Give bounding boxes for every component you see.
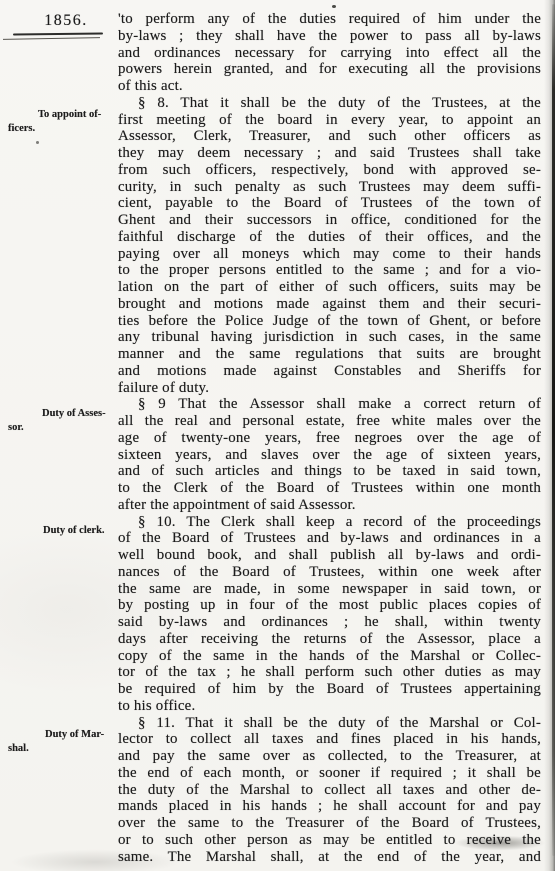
text-line: powers herein granted, and for executing…: [118, 61, 541, 78]
text-line: failure of duty.: [118, 380, 541, 397]
text-line: well bound book, and shall publish all b…: [118, 547, 541, 564]
text-line: over the same to the Treasurer of the Bo…: [118, 815, 541, 832]
paragraph: § 9 That the Assessor shall make a corre…: [118, 396, 541, 513]
text-line: and of such articles and things to be ta…: [118, 463, 541, 480]
text-line: lector to collect all taxes and fines pl…: [118, 731, 541, 748]
year-underline-rule-2: [3, 37, 100, 40]
margin-note-duty-of-marshal: Duty of Mar- shal.: [8, 728, 114, 755]
paragraph: § 8. That it shall be the duty of the Tr…: [118, 95, 541, 397]
text-line: by-laws ; they shall have the power to p…: [118, 28, 541, 45]
text-line: faithful discharge of the duties of thei…: [118, 229, 541, 246]
text-line: the end of each month, or sooner if requ…: [118, 765, 541, 782]
text-line: by posting up in four of the most public…: [118, 597, 541, 614]
text-line: they may deem necessary ; and said Trust…: [118, 145, 541, 162]
text-line: mands placed in his hands ; he shall acc…: [118, 798, 541, 815]
text-line: to the Clerk of the Board of Trustees wi…: [118, 480, 541, 497]
paragraph: § 11. That it shall be the duty of the M…: [118, 715, 541, 866]
text-line: cient, payable to the Board of Trustees …: [118, 195, 541, 212]
margin-note-duty-of-assessor: Duty of Asses- sor.: [8, 407, 114, 434]
text-line: the same are made, in some newspaper in …: [118, 581, 541, 598]
text-line: days after receiving the returns of the …: [118, 631, 541, 648]
text-line: the duty of the Marshal to collect all t…: [118, 782, 541, 799]
margin-note-duty-of-clerk: Duty of clerk.: [8, 524, 114, 538]
text-line: Assessor, Clerk, Treasurer, and such oth…: [118, 128, 541, 145]
text-line: and ordinances necessary for carrying in…: [118, 45, 541, 62]
text-line: any tribunal having jurisdiction in such…: [118, 329, 541, 346]
text-line: all the real and personal estate, free w…: [118, 413, 541, 430]
text-line: said by-laws and ordinances ; he shall, …: [118, 614, 541, 631]
text-line: to the proper persons entitled to the sa…: [118, 262, 541, 279]
paragraph: 'to perform any of the duties required o…: [118, 11, 541, 95]
text-line: and motions made against Constables and …: [118, 363, 541, 380]
text-line: age of twenty-one years, free negroes ov…: [118, 430, 541, 447]
body-text: 'to perform any of the duties required o…: [118, 11, 541, 865]
text-line: same. The Marshal shall, at the end of t…: [118, 849, 541, 866]
text-line: after the appointment of said Assessor.: [118, 497, 541, 514]
text-line: lation on the part of either of such off…: [118, 279, 541, 296]
scanned-statute-page: 1856. To appoint of- ficers. Duty of Ass…: [0, 0, 555, 871]
text-line: ties before the Police Judge of the town…: [118, 313, 541, 330]
text-line: to his office.: [118, 698, 541, 715]
text-line: brought and motions made against them an…: [118, 296, 541, 313]
margin-note-appoint-officers: To appoint of- ficers.: [8, 108, 114, 135]
text-line: from such officers, respectively, bond w…: [118, 162, 541, 179]
text-line: Ghent and their successors in office, co…: [118, 212, 541, 229]
text-line: 'to perform any of the duties required o…: [118, 11, 541, 28]
text-line: tor of the tax ; he shall perform such o…: [118, 664, 541, 681]
text-line: of this act.: [118, 78, 541, 95]
text-line: § 9 That the Assessor shall make a corre…: [118, 396, 541, 413]
text-line: sixteen years, and slaves over the age o…: [118, 447, 541, 464]
text-line: curity, in such penalty as such Trustees…: [118, 179, 541, 196]
paragraph: § 10. The Clerk shall keep a record of t…: [118, 514, 541, 715]
year-header: 1856.: [28, 12, 104, 30]
text-line: § 11. That it shall be the duty of the M…: [118, 715, 541, 732]
text-line: paying over all moneys which may come to…: [118, 246, 541, 263]
year-underline-rule: [13, 33, 103, 36]
text-line: of the Board of Trustees and by-laws and…: [118, 530, 541, 547]
text-line: first meeting of the board in every year…: [118, 112, 541, 129]
text-line: or to such other person as may be entitl…: [118, 832, 541, 849]
text-line: copy of the same in the hands of the Mar…: [118, 648, 541, 665]
text-line: be required of him by the Board of Trust…: [118, 681, 541, 698]
text-line: and pay the same over as collected, to t…: [118, 748, 541, 765]
text-line: § 10. The Clerk shall keep a record of t…: [118, 514, 541, 531]
text-line: nances of the Board of Trustees, within …: [118, 564, 541, 581]
text-line: manner and the same regulations that sui…: [118, 346, 541, 363]
text-line: § 8. That it shall be the duty of the Tr…: [118, 95, 541, 112]
ink-speck: [332, 5, 336, 8]
ink-speck: [36, 141, 39, 144]
